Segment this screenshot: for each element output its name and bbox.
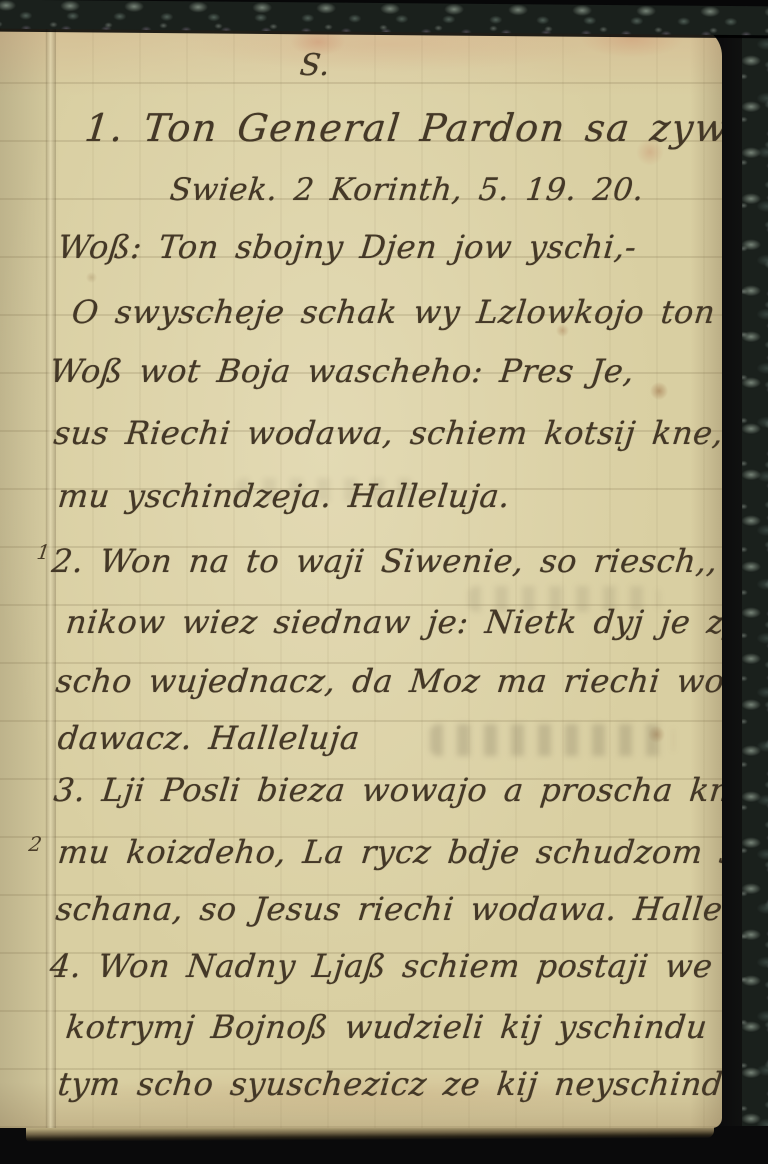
- manuscript-line: 4. Won Nadny Ljaß schiem postaji we: [48, 947, 715, 985]
- scripture-reference-line: Swiek. 2 Korinth, 5. 19. 20.: [168, 172, 646, 208]
- manuscript-line: Woß: Ton sbojny Djen jow yschi,-: [56, 228, 638, 266]
- ink-bleedthrough: [430, 724, 674, 756]
- foxing-spot: [86, 272, 97, 283]
- manuscript-line: sus Riechi wodawa, schiem kotsij kne,: [52, 414, 722, 452]
- foxing-spot: [648, 726, 665, 743]
- manuscript-line: dawacz. Halleluja: [56, 719, 362, 757]
- manuscript-line: mu yschindzeja. Halleluja.: [56, 477, 512, 515]
- manuscript-line: nikow wiez siednaw je: Nietk dyj je zyw: [64, 603, 722, 641]
- manuscript-page: S. 1. Ton General Pardon sa zywy Swiek. …: [0, 26, 722, 1128]
- notebook-photo: S. 1. Ton General Pardon sa zywy Swiek. …: [0, 0, 768, 1164]
- manuscript-line: 2. Won na to waji Siwenie, so riesch,,: [50, 542, 720, 580]
- manuscript-line: 3. Lji Posli bieza wowajo a proscha kne: [52, 771, 722, 809]
- manuscript-line: O swyscheje schak wy Lzlowkojo ton: [70, 293, 717, 331]
- hymn-title-line: 1. Ton General Pardon sa zywy: [83, 106, 722, 150]
- manuscript-line: Woß wot Boja wascheho: Pres Je,: [48, 352, 636, 390]
- manuscript-line: mu koizdeho, La rycz bdje schudzom swy: [56, 833, 722, 871]
- manuscript-line: scho wujednacz, da Moz ma riechi wo,: [54, 662, 722, 700]
- foxing-spot: [650, 382, 668, 400]
- manuscript-line: schana, so Jesus riechi wodawa. Halleluj…: [54, 890, 722, 928]
- manuscript-line: tym scho syuschezicz ze kij neyschindu t…: [56, 1065, 722, 1103]
- page-number-mark: S.: [298, 48, 332, 83]
- gutter-mark: 2: [27, 832, 43, 856]
- manuscript-line: kotrymj Bojnoß wudzieli kij yschindu: [64, 1008, 709, 1046]
